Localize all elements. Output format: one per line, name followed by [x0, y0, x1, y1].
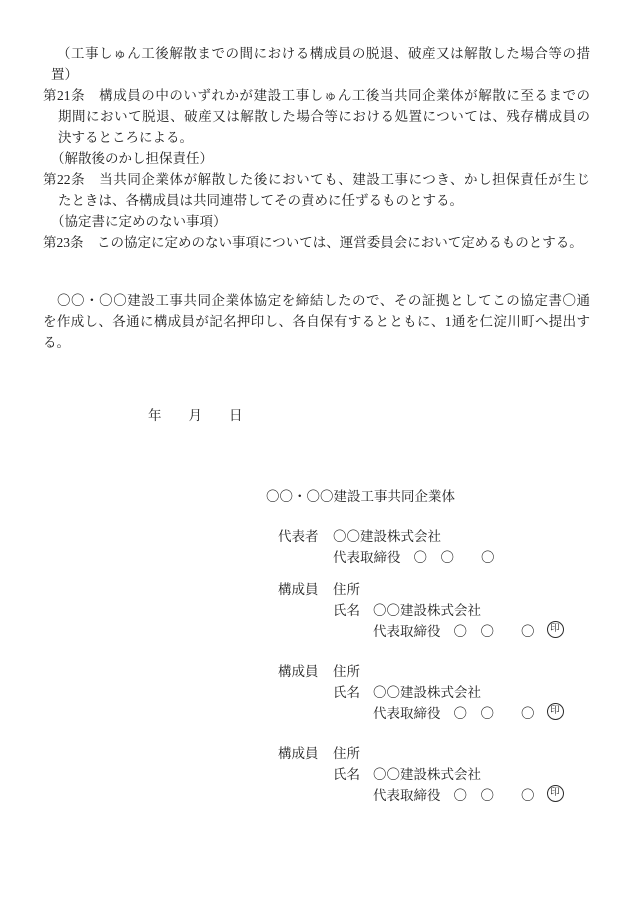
member-company-row: 氏名 〇〇建設株式会社 — [278, 764, 590, 785]
seal-stamp-icon: 印 — [547, 785, 564, 802]
article-22-line: 第22条 当共同企業体が解散した後においても、建設工事につき、かし担保責任が生じ — [43, 169, 590, 190]
title-label: 代表取締役 — [373, 703, 441, 724]
document-page: （工事しゅん工後解散までの間における構成員の脱退、破産又は解散した場合等の措 置… — [0, 0, 630, 903]
company-name: 〇〇建設株式会社 — [373, 682, 481, 703]
jv-name: 〇〇・〇〇建設工事共同企業体 — [266, 486, 590, 507]
company-name: 〇〇建設株式会社 — [373, 764, 481, 785]
article-21-line: 期間において脱退、破産又は解散した場合等における処置については、残存構成員の — [43, 106, 590, 127]
member-company-row: 氏名 〇〇建設株式会社 — [278, 682, 590, 703]
articles-section: （工事しゅん工後解散までの間における構成員の脱退、破産又は解散した場合等の措 置… — [43, 43, 590, 253]
label-spacer — [333, 621, 373, 642]
seal-stamp-icon: 印 — [547, 621, 564, 638]
article-heading-line: （工事しゅん工後解散までの間における構成員の脱退、破産又は解散した場合等の措 — [43, 43, 590, 64]
role-spacer — [278, 785, 333, 806]
person-name: 〇 〇 〇 — [414, 547, 495, 568]
closing-line: る。 — [43, 332, 590, 353]
representative-title-row: 代表取締役 〇 〇 〇 — [278, 547, 590, 568]
address-label: 住所 — [333, 579, 360, 600]
address-label: 住所 — [333, 661, 360, 682]
role-spacer — [278, 703, 333, 724]
member-title-row: 代表取締役 〇 〇 〇 印 — [278, 785, 590, 806]
representative-company-row: 代表者 〇〇建設株式会社 — [278, 526, 590, 547]
date-line: 年 月 日 — [148, 405, 590, 426]
name-label: 氏名 — [333, 764, 373, 785]
role-spacer — [278, 682, 333, 703]
person-name: 〇 〇 〇 — [454, 621, 535, 642]
label-spacer — [333, 703, 373, 724]
member-company-row: 氏名 〇〇建設株式会社 — [278, 600, 590, 621]
article-22-line: たときは、各構成員は共同連帯してその責めに任ずるものとする。 — [43, 190, 590, 211]
closing-line: を作成し、各通に構成員が記名押印し、各自保有するとともに、1通を仁淀川町へ提出す — [43, 311, 590, 332]
name-label: 氏名 — [333, 682, 373, 703]
closing-line: 〇〇・〇〇建設工事共同企業体協定を締結したので、その証拠としてこの協定書〇通 — [43, 290, 590, 311]
label-spacer — [333, 785, 373, 806]
closing-paragraph: 〇〇・〇〇建設工事共同企業体協定を締結したので、その証拠としてこの協定書〇通 を… — [43, 290, 590, 353]
role-label: 代表者 — [278, 526, 333, 547]
role-spacer — [278, 764, 333, 785]
address-label: 住所 — [333, 743, 360, 764]
title-label: 代表取締役 — [373, 621, 441, 642]
member-address-row: 構成員 住所 — [278, 579, 590, 600]
representative-block: 代表者 〇〇建設株式会社 代表取締役 〇 〇 〇 — [278, 526, 590, 568]
member-address-row: 構成員 住所 — [278, 743, 590, 764]
member-title-row: 代表取締役 〇 〇 〇 印 — [278, 703, 590, 724]
role-spacer — [278, 621, 333, 642]
article-heading-line: 置） — [43, 64, 590, 85]
role-spacer — [278, 600, 333, 621]
member-block: 構成員 住所 氏名 〇〇建設株式会社 代表取締役 〇 〇 〇 印 — [278, 743, 590, 806]
company-name: 〇〇建設株式会社 — [333, 526, 441, 547]
role-spacer — [278, 547, 333, 568]
member-block: 構成員 住所 氏名 〇〇建設株式会社 代表取締役 〇 〇 〇 印 — [278, 579, 590, 642]
title-label: 代表取締役 — [373, 785, 441, 806]
article-21-line: 第21条 構成員の中のいずれかが建設工事しゅん工後当共同企業体が解散に至るまでの — [43, 85, 590, 106]
member-block: 構成員 住所 氏名 〇〇建設株式会社 代表取締役 〇 〇 〇 印 — [278, 661, 590, 724]
name-label: 氏名 — [333, 600, 373, 621]
person-name: 〇 〇 〇 — [454, 703, 535, 724]
company-name: 〇〇建設株式会社 — [373, 600, 481, 621]
seal-stamp-icon: 印 — [547, 703, 564, 720]
person-name: 〇 〇 〇 — [454, 785, 535, 806]
article-heading-line: （協定書に定めのない事項） — [43, 211, 590, 232]
article-heading-line: （解散後のかし担保責任） — [43, 148, 590, 169]
article-23-line: 第23条 この協定に定めのない事項については、運営委員会において定めるものとする… — [43, 232, 590, 253]
role-label: 構成員 — [278, 579, 333, 600]
article-21-line: 決するところによる。 — [43, 127, 590, 148]
role-label: 構成員 — [278, 661, 333, 682]
title-label: 代表取締役 — [333, 547, 401, 568]
member-address-row: 構成員 住所 — [278, 661, 590, 682]
role-label: 構成員 — [278, 743, 333, 764]
member-title-row: 代表取締役 〇 〇 〇 印 — [278, 621, 590, 642]
